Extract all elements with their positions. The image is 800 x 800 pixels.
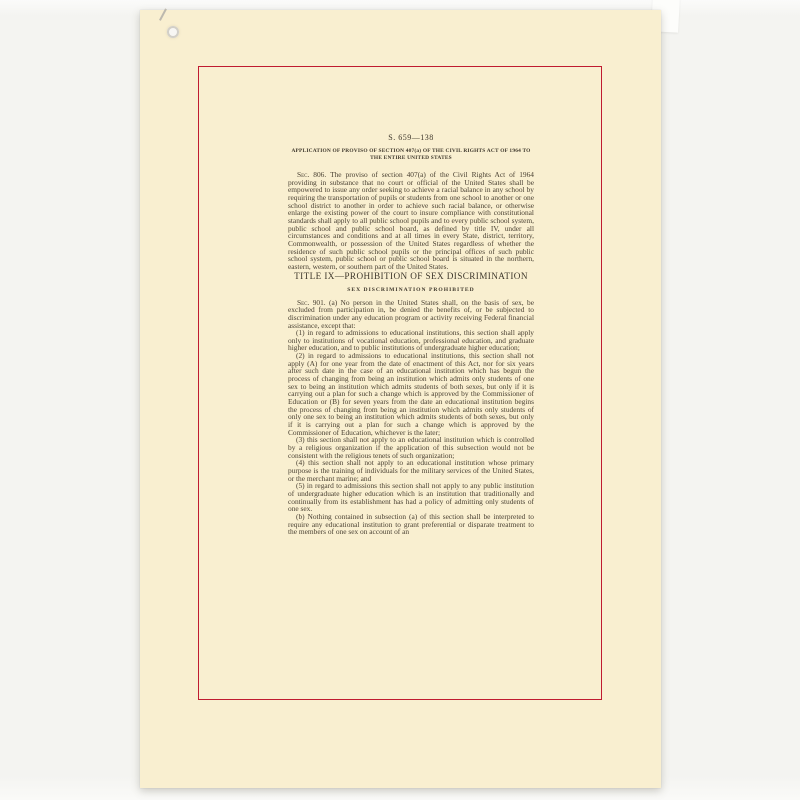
clause-3: (3) this section shall not apply to an e… (288, 436, 534, 459)
corner-fold-mark (159, 8, 166, 20)
section-806-paragraph: Sec. 806. The proviso of section 407(a) … (288, 171, 534, 271)
section-901-paragraph: Sec. 901. (a) No person in the United St… (288, 299, 534, 330)
clause-5: (5) in regard to admissions this section… (288, 482, 534, 513)
application-heading: APPLICATION OF PROVISO OF SECTION 407(a)… (288, 148, 534, 162)
document-page: S. 659—138 APPLICATION OF PROVISO OF SEC… (140, 10, 661, 788)
subsection-b-paragraph: (b) Nothing contained in subsection (a) … (288, 513, 534, 536)
clause-4: (4) this section shall not apply to an e… (288, 459, 534, 482)
clause-1: (1) in regard to admissions to education… (288, 329, 534, 352)
title-ix-heading: TITLE IX—PROHIBITION OF SEX DISCRIMINATI… (288, 271, 534, 281)
text-column: S. 659—138 APPLICATION OF PROVISO OF SEC… (288, 133, 534, 536)
section-806-text: The proviso of section 407(a) of the Civ… (288, 170, 534, 271)
punch-hole (167, 26, 179, 38)
page-number: S. 659—138 (288, 133, 534, 142)
sex-discrimination-subheading: SEX DISCRIMINATION PROHIBITED (288, 287, 534, 293)
clause-2: (2) in regard to admissions to education… (288, 352, 534, 436)
